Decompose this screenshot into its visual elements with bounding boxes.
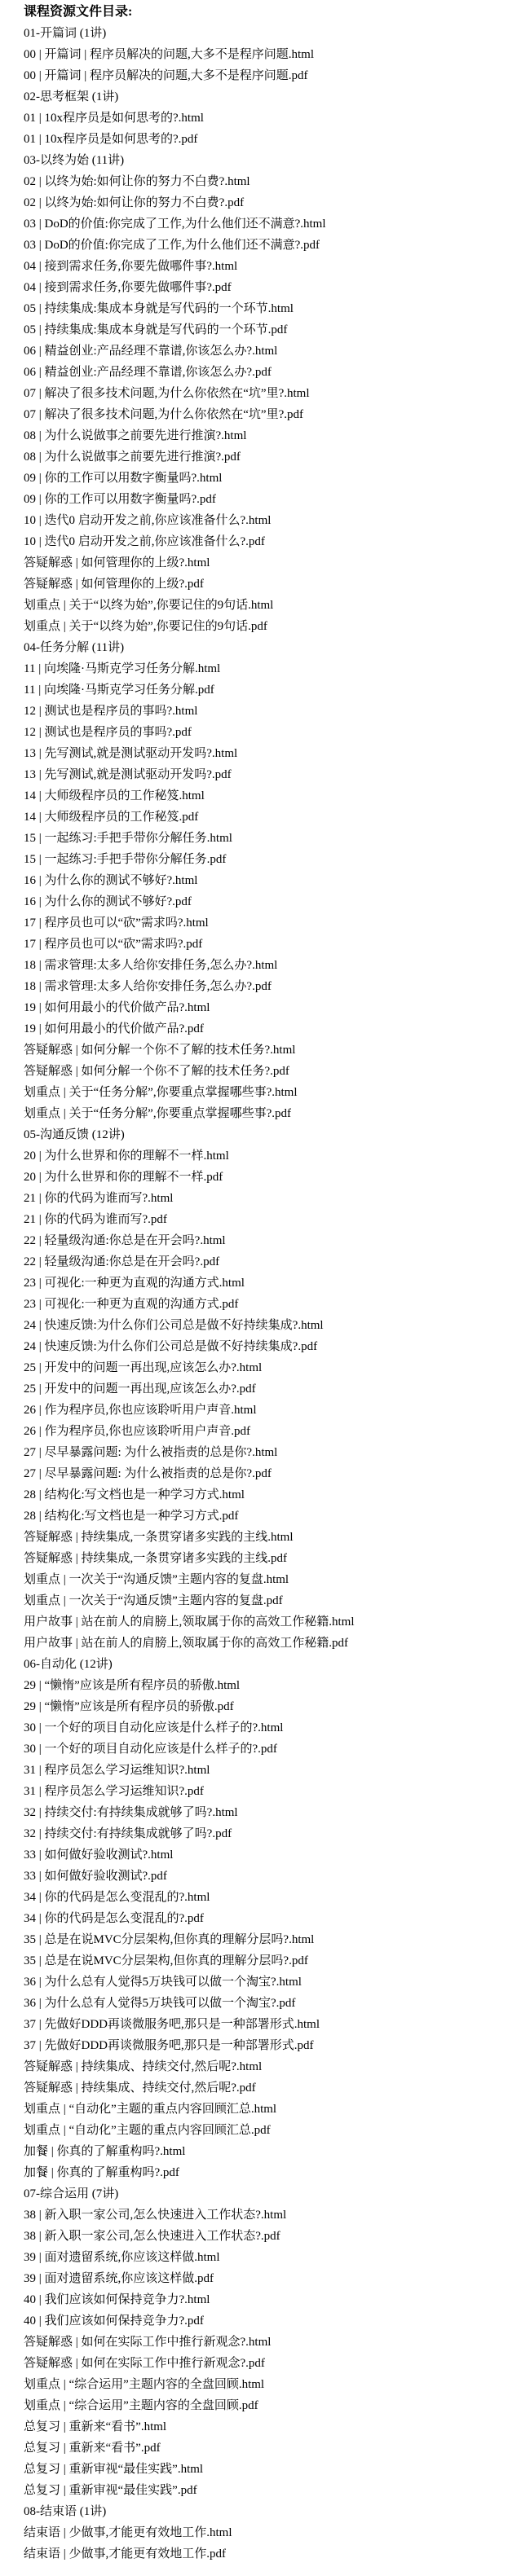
file-line: 划重点 | 一次关于“沟通反馈”主题内容的复盘.pdf bbox=[24, 1590, 530, 1611]
file-line: 01 | 10x程序员是如何思考的?.html bbox=[24, 108, 530, 129]
file-line: 08 | 为什么说做事之前要先进行推演?.pdf bbox=[24, 446, 530, 468]
file-line: 29 | “懒惰”应该是所有程序员的骄傲.html bbox=[24, 1675, 530, 1696]
file-line: 总复习 | 重新来“看书”.pdf bbox=[24, 2438, 530, 2459]
file-line: 34 | 你的代码是怎么变混乱的?.html bbox=[24, 1887, 530, 1908]
file-line: 加餐 | 你真的了解重构吗?.pdf bbox=[24, 2162, 530, 2183]
file-line: 32 | 持续交付:有持续集成就够了吗?.html bbox=[24, 1802, 530, 1823]
file-line: 23 | 可视化:一种更为直观的沟通方式.pdf bbox=[24, 1294, 530, 1315]
file-line: 33 | 如何做好验收测试?.html bbox=[24, 1844, 530, 1866]
file-line: 03 | DoD的价值:你完成了工作,为什么他们还不满意?.pdf bbox=[24, 235, 530, 256]
file-line: 加餐 | 你真的了解重构吗?.html bbox=[24, 2141, 530, 2162]
file-list: 01-开篇词 (1讲)00 | 开篇词 | 程序员解决的问题,大多不是程序问题.… bbox=[24, 23, 530, 2565]
file-line: 答疑解惑 | 持续集成,一条贯穿诸多实践的主线.pdf bbox=[24, 1548, 530, 1569]
file-line: 28 | 结构化:写文档也是一种学习方式.html bbox=[24, 1484, 530, 1506]
section-header: 08-结束语 (1讲) bbox=[24, 2501, 530, 2522]
section-header: 07-综合运用 (7讲) bbox=[24, 2183, 530, 2205]
file-line: 14 | 大师级程序员的工作秘笈.pdf bbox=[24, 807, 530, 828]
file-line: 16 | 为什么你的测试不够好?.pdf bbox=[24, 891, 530, 912]
file-line: 03 | DoD的价值:你完成了工作,为什么他们还不满意?.html bbox=[24, 213, 530, 235]
file-line: 21 | 你的代码为谁而写?.pdf bbox=[24, 1209, 530, 1230]
file-line: 18 | 需求管理:太多人给你安排任务,怎么办?.html bbox=[24, 955, 530, 976]
file-line: 38 | 新入职一家公司,怎么快速进入工作状态?.html bbox=[24, 2205, 530, 2226]
file-line: 40 | 我们应该如何保持竞争力?.html bbox=[24, 2289, 530, 2310]
section-header: 01-开篇词 (1讲) bbox=[24, 23, 530, 44]
file-line: 23 | 可视化:一种更为直观的沟通方式.html bbox=[24, 1273, 530, 1294]
file-line: 划重点 | 一次关于“沟通反馈”主题内容的复盘.html bbox=[24, 1569, 530, 1590]
file-line: 27 | 尽早暴露问题: 为什么被指责的总是你?.pdf bbox=[24, 1463, 530, 1484]
file-line: 10 | 迭代0 启动开发之前,你应该准备什么?.pdf bbox=[24, 531, 530, 552]
file-line: 划重点 | 关于“任务分解”,你要重点掌握哪些事?.pdf bbox=[24, 1103, 530, 1124]
section-header: 04-任务分解 (11讲) bbox=[24, 637, 530, 658]
file-line: 35 | 总是在说MVC分层架构,但你真的理解分层吗?.html bbox=[24, 1929, 530, 1950]
file-line: 24 | 快速反馈:为什么你们公司总是做不好持续集成?.html bbox=[24, 1315, 530, 1336]
file-line: 07 | 解决了很多技术问题,为什么你依然在“坑”里?.pdf bbox=[24, 404, 530, 425]
file-line: 总复习 | 重新审视“最佳实践”.pdf bbox=[24, 2480, 530, 2501]
file-line: 30 | 一个好的项目自动化应该是什么样子的?.html bbox=[24, 1717, 530, 1739]
file-line: 答疑解惑 | 持续集成,一条贯穿诸多实践的主线.html bbox=[24, 1527, 530, 1548]
file-line: 用户故事 | 站在前人的肩膀上,领取属于你的高效工作秘籍.pdf bbox=[24, 1633, 530, 1654]
file-line: 33 | 如何做好验收测试?.pdf bbox=[24, 1866, 530, 1887]
file-line: 25 | 开发中的问题一再出现,应该怎么办?.pdf bbox=[24, 1378, 530, 1400]
file-line: 04 | 接到需求任务,你要先做哪件事?.html bbox=[24, 256, 530, 277]
file-line: 答疑解惑 | 如何分解一个你不了解的技术任务?.pdf bbox=[24, 1061, 530, 1082]
section-header: 02-思考框架 (1讲) bbox=[24, 86, 530, 108]
file-line: 37 | 先做好DDD再谈微服务吧,那只是一种部署形式.pdf bbox=[24, 2035, 530, 2056]
file-line: 答疑解惑 | 如何在实际工作中推行新观念?.pdf bbox=[24, 2353, 530, 2374]
file-line: 31 | 程序员怎么学习运维知识?.pdf bbox=[24, 1781, 530, 1802]
file-line: 答疑解惑 | 如何分解一个你不了解的技术任务?.html bbox=[24, 1040, 530, 1061]
file-line: 24 | 快速反馈:为什么你们公司总是做不好持续集成?.pdf bbox=[24, 1336, 530, 1357]
file-line: 15 | 一起练习:手把手带你分解任务.html bbox=[24, 828, 530, 849]
file-line: 22 | 轻量级沟通:你总是在开会吗?.pdf bbox=[24, 1251, 530, 1273]
file-line: 21 | 你的代码为谁而写?.html bbox=[24, 1188, 530, 1209]
file-line: 12 | 测试也是程序员的事吗?.html bbox=[24, 701, 530, 722]
file-line: 划重点 | 关于“任务分解”,你要重点掌握哪些事?.html bbox=[24, 1082, 530, 1103]
file-line: 07 | 解决了很多技术问题,为什么你依然在“坑”里?.html bbox=[24, 383, 530, 404]
file-line: 13 | 先写测试,就是测试驱动开发吗?.html bbox=[24, 743, 530, 764]
file-line: 11 | 向埃隆·马斯克学习任务分解.html bbox=[24, 658, 530, 679]
file-line: 05 | 持续集成:集成本身就是写代码的一个环节.pdf bbox=[24, 319, 530, 341]
file-line: 40 | 我们应该如何保持竞争力?.pdf bbox=[24, 2310, 530, 2332]
file-line: 28 | 结构化:写文档也是一种学习方式.pdf bbox=[24, 1506, 530, 1527]
file-line: 19 | 如何用最小的代价做产品?.html bbox=[24, 997, 530, 1018]
file-line: 09 | 你的工作可以用数字衡量吗?.html bbox=[24, 468, 530, 489]
file-line: 17 | 程序员也可以“砍”需求吗?.pdf bbox=[24, 934, 530, 955]
file-line: 划重点 | “综合运用”主题内容的全盘回顾.html bbox=[24, 2374, 530, 2395]
file-line: 39 | 面对遗留系统,你应该这样做.html bbox=[24, 2247, 530, 2268]
file-line: 结束语 | 少做事,才能更有效地工作.pdf bbox=[24, 2543, 530, 2565]
file-line: 09 | 你的工作可以用数字衡量吗?.pdf bbox=[24, 489, 530, 510]
file-line: 答疑解惑 | 如何在实际工作中推行新观念?.html bbox=[24, 2332, 530, 2353]
file-line: 35 | 总是在说MVC分层架构,但你真的理解分层吗?.pdf bbox=[24, 1950, 530, 1972]
file-line: 22 | 轻量级沟通:你总是在开会吗?.html bbox=[24, 1230, 530, 1251]
file-line: 38 | 新入职一家公司,怎么快速进入工作状态?.pdf bbox=[24, 2226, 530, 2247]
file-line: 划重点 | 关于“以终为始”,你要记住的9句话.html bbox=[24, 595, 530, 616]
file-line: 00 | 开篇词 | 程序员解决的问题,大多不是程序问题.pdf bbox=[24, 65, 530, 86]
file-line: 结束语 | 少做事,才能更有效地工作.html bbox=[24, 2522, 530, 2543]
file-line: 02 | 以终为始:如何让你的努力不白费?.html bbox=[24, 171, 530, 192]
file-line: 14 | 大师级程序员的工作秘笈.html bbox=[24, 785, 530, 807]
section-header: 05-沟通反馈 (12讲) bbox=[24, 1124, 530, 1145]
file-line: 答疑解惑 | 如何管理你的上级?.html bbox=[24, 552, 530, 574]
file-line: 34 | 你的代码是怎么变混乱的?.pdf bbox=[24, 1908, 530, 1929]
file-line: 13 | 先写测试,就是测试驱动开发吗?.pdf bbox=[24, 764, 530, 785]
file-line: 36 | 为什么总有人觉得5万块钱可以做一个淘宝?.html bbox=[24, 1972, 530, 1993]
file-line: 15 | 一起练习:手把手带你分解任务.pdf bbox=[24, 849, 530, 870]
page-title: 课程资源文件目录: bbox=[24, 2, 530, 23]
file-line: 27 | 尽早暴露问题: 为什么被指责的总是你?.html bbox=[24, 1442, 530, 1463]
file-line: 划重点 | “自动化”主题的重点内容回顾汇总.pdf bbox=[24, 2120, 530, 2141]
file-line: 25 | 开发中的问题一再出现,应该怎么办?.html bbox=[24, 1357, 530, 1378]
file-line: 05 | 持续集成:集成本身就是写代码的一个环节.html bbox=[24, 298, 530, 319]
file-line: 39 | 面对遗留系统,你应该这样做.pdf bbox=[24, 2268, 530, 2289]
file-line: 17 | 程序员也可以“砍”需求吗?.html bbox=[24, 912, 530, 934]
file-line: 总复习 | 重新审视“最佳实践”.html bbox=[24, 2459, 530, 2480]
file-line: 20 | 为什么世界和你的理解不一样.html bbox=[24, 1145, 530, 1167]
file-line: 26 | 作为程序员,你也应该聆听用户声音.html bbox=[24, 1400, 530, 1421]
section-header: 06-自动化 (12讲) bbox=[24, 1654, 530, 1675]
file-line: 32 | 持续交付:有持续集成就够了吗?.pdf bbox=[24, 1823, 530, 1844]
file-line: 01 | 10x程序员是如何思考的?.pdf bbox=[24, 129, 530, 150]
file-line: 12 | 测试也是程序员的事吗?.pdf bbox=[24, 722, 530, 743]
file-line: 用户故事 | 站在前人的肩膀上,领取属于你的高效工作秘籍.html bbox=[24, 1611, 530, 1633]
file-line: 划重点 | “自动化”主题的重点内容回顾汇总.html bbox=[24, 2099, 530, 2120]
file-line: 30 | 一个好的项目自动化应该是什么样子的?.pdf bbox=[24, 1739, 530, 1760]
file-line: 划重点 | 关于“以终为始”,你要记住的9句话.pdf bbox=[24, 616, 530, 637]
file-line: 答疑解惑 | 持续集成、持续交付,然后呢?.pdf bbox=[24, 2077, 530, 2099]
file-line: 总复习 | 重新来“看书”.html bbox=[24, 2416, 530, 2438]
file-line: 答疑解惑 | 如何管理你的上级?.pdf bbox=[24, 574, 530, 595]
file-line: 31 | 程序员怎么学习运维知识?.html bbox=[24, 1760, 530, 1781]
file-line: 答疑解惑 | 持续集成、持续交付,然后呢?.html bbox=[24, 2056, 530, 2077]
file-line: 19 | 如何用最小的代价做产品?.pdf bbox=[24, 1018, 530, 1040]
file-line: 36 | 为什么总有人觉得5万块钱可以做一个淘宝?.pdf bbox=[24, 1993, 530, 2014]
section-header: 03-以终为始 (11讲) bbox=[24, 150, 530, 171]
file-line: 06 | 精益创业:产品经理不靠谱,你该怎么办?.pdf bbox=[24, 362, 530, 383]
file-line: 20 | 为什么世界和你的理解不一样.pdf bbox=[24, 1167, 530, 1188]
file-line: 04 | 接到需求任务,你要先做哪件事?.pdf bbox=[24, 277, 530, 298]
file-line: 02 | 以终为始:如何让你的努力不白费?.pdf bbox=[24, 192, 530, 213]
document-page: 课程资源文件目录: 01-开篇词 (1讲)00 | 开篇词 | 程序员解决的问题… bbox=[0, 0, 530, 2565]
file-line: 18 | 需求管理:太多人给你安排任务,怎么办?.pdf bbox=[24, 976, 530, 997]
file-line: 08 | 为什么说做事之前要先进行推演?.html bbox=[24, 425, 530, 446]
file-line: 00 | 开篇词 | 程序员解决的问题,大多不是程序问题.html bbox=[24, 44, 530, 65]
file-line: 29 | “懒惰”应该是所有程序员的骄傲.pdf bbox=[24, 1696, 530, 1717]
file-line: 06 | 精益创业:产品经理不靠谱,你该怎么办?.html bbox=[24, 341, 530, 362]
file-line: 11 | 向埃隆·马斯克学习任务分解.pdf bbox=[24, 679, 530, 701]
file-line: 划重点 | “综合运用”主题内容的全盘回顾.pdf bbox=[24, 2395, 530, 2416]
file-line: 26 | 作为程序员,你也应该聆听用户声音.pdf bbox=[24, 1421, 530, 1442]
file-line: 37 | 先做好DDD再谈微服务吧,那只是一种部署形式.html bbox=[24, 2014, 530, 2035]
file-line: 16 | 为什么你的测试不够好?.html bbox=[24, 870, 530, 891]
file-line: 10 | 迭代0 启动开发之前,你应该准备什么?.html bbox=[24, 510, 530, 531]
